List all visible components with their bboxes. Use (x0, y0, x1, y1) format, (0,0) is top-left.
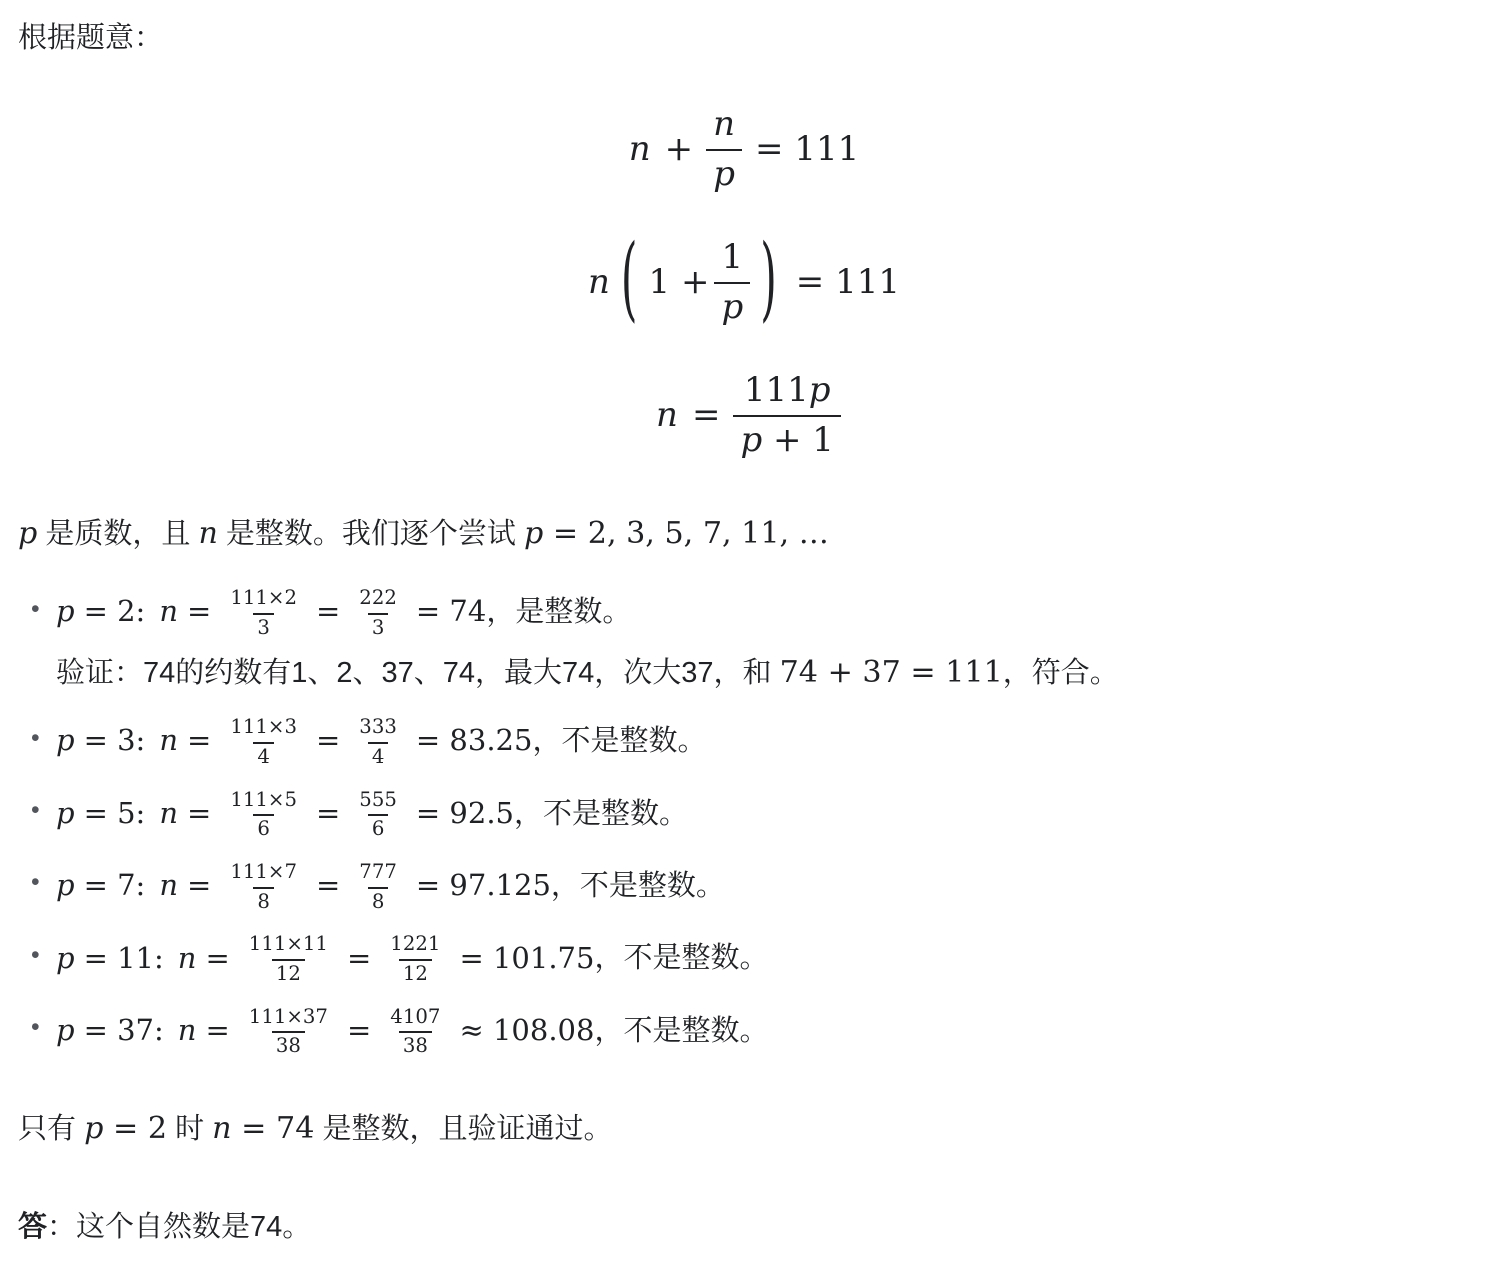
equals-operator: = (692, 396, 721, 435)
equals-operator: = (347, 1013, 371, 1047)
math-var-p: p (740, 420, 762, 460)
fraction-denominator: p + 1 (733, 415, 841, 460)
fraction-denominator: 4 (368, 742, 389, 769)
case-math-line: p= 11:n=111×1112=122112= 101.75 (56, 941, 594, 975)
equals-operator: = (187, 796, 211, 830)
math-n-equals-74: n = 74 (212, 1111, 314, 1146)
fraction: 111×3738 (245, 1006, 332, 1058)
case-comment: ，不是整数。 (532, 725, 706, 757)
math-var-n: n (629, 130, 651, 169)
case-math-line: p= 7:n=111×78=7778= 97.125 (56, 868, 551, 902)
case-list: p= 2:n=111×23=2223= 74，是整数。 验证：74的约数有1、2… (18, 587, 1478, 1058)
fraction: 111×78 (226, 861, 301, 913)
fraction-numerator: 555 (355, 789, 401, 815)
fraction-denominator: 8 (368, 887, 389, 914)
text-segment: 是整数。我们逐个尝试 (218, 518, 524, 550)
math-var-p: p (56, 796, 75, 830)
equals-111: = 111 (755, 130, 859, 169)
math-var-n: n (159, 723, 178, 757)
fraction: 111×56 (226, 789, 301, 841)
equation-n-plus-n-over-p: n + n p = 111 (18, 105, 1478, 194)
fraction-n-over-p: n p (706, 105, 742, 194)
fraction: 7778 (355, 861, 401, 913)
case-math-line: p= 5:n=111×56=5556= 92.5 (56, 796, 514, 830)
fraction-numerator: 777 (355, 861, 401, 887)
case-p-5: p= 5:n=111×56=5556= 92.5，不是整数。 (18, 789, 1478, 841)
plus-1: + 1 (762, 420, 834, 460)
math-var-n: n (198, 516, 217, 551)
fraction-numerator: 1 (715, 238, 751, 282)
case-comment: ，不是整数。 (514, 798, 688, 830)
equals-operator: = (316, 796, 340, 830)
case-result: = 74 (416, 594, 486, 628)
case-result: = 92.5 (416, 796, 514, 830)
fraction-denominator: 3 (368, 613, 389, 640)
equals-operator: = (316, 594, 340, 628)
value: = 2 (103, 1111, 167, 1146)
case-p-37: p= 37:n=111×3738=410738≈ 108.08，不是整数。 (18, 1006, 1478, 1058)
math-var-p: p (56, 723, 75, 757)
case-comment: ，不是整数。 (594, 1015, 768, 1047)
math-var-p: p (56, 941, 75, 975)
fraction-numerator: 111×7 (226, 861, 301, 887)
math-var-n: n (159, 796, 178, 830)
verify-text: 验证：74的约数有1、2、37、74，最大74，次大37，和 (56, 657, 780, 689)
case-condition: = 5: (84, 796, 146, 830)
math-var-p: p (56, 1013, 75, 1047)
math-var-p: p (524, 516, 543, 551)
text-segment: 是质数，且 (37, 518, 198, 550)
fraction-numerator: 333 (355, 716, 401, 742)
case-p-3: p= 3:n=111×34=3334= 83.25，不是整数。 (18, 716, 1478, 768)
case-condition: = 37: (84, 1013, 164, 1047)
verify-math: 74 + 37 = 111 (780, 655, 1003, 690)
answer-body: ：这个自然数是74。 (47, 1211, 311, 1243)
fraction-numerator: 111p (737, 371, 838, 415)
fraction-1-over-p: 1 p (714, 238, 750, 327)
intro-text: 根据题意： (18, 16, 1478, 61)
case-comment: ，不是整数。 (551, 870, 725, 902)
fraction: 122112 (386, 933, 444, 985)
math-var-n: n (159, 868, 178, 902)
text-segment: 时 (167, 1113, 212, 1145)
fraction-denominator: 6 (253, 814, 274, 841)
math-var-p: p (56, 594, 75, 628)
case-comment: ，是整数。 (486, 596, 631, 628)
plus-operator: + (665, 130, 694, 169)
left-paren: ( (621, 237, 638, 328)
fraction-numerator: 111×3 (226, 716, 301, 742)
verification-line: 验证：74的约数有1、2、37、74，最大74，次大37，和 74 + 37 =… (56, 650, 1478, 697)
value: = 74 (232, 1111, 315, 1146)
math-var-p: p (809, 370, 831, 410)
fraction-111p-over-p-plus-1: 111p p + 1 (733, 371, 841, 460)
case-math-line: p= 2:n=111×23=2223= 74 (56, 594, 486, 628)
math-var-p: p (56, 868, 75, 902)
conclusion-text: 只有 p = 2 时 n = 74 是整数，且验证通过。 (18, 1106, 1478, 1153)
case-condition: = 2: (84, 594, 146, 628)
case-p-7: p= 7:n=111×78=7778= 97.125，不是整数。 (18, 861, 1478, 913)
case-comment: ，不是整数。 (594, 943, 768, 975)
math-var-n: n (588, 263, 610, 302)
fraction: 5556 (355, 789, 401, 841)
math-p-equals-2: p = 2 (84, 1111, 167, 1146)
fraction-numerator: 111×5 (226, 789, 301, 815)
fraction-denominator: 12 (399, 959, 432, 986)
fraction-denominator: p (706, 149, 742, 194)
one-plus: 1 + (649, 263, 710, 302)
equals-operator: = (187, 594, 211, 628)
case-condition: = 3: (84, 723, 146, 757)
fraction-denominator: 38 (272, 1031, 305, 1058)
equation-factored-form: n ( 1 + 1 p ) = 111 (18, 238, 1478, 327)
text-segment: 只有 (18, 1113, 84, 1145)
fraction-numerator: 4107 (386, 1006, 444, 1032)
fraction-denominator: 3 (253, 613, 274, 640)
fraction: 2223 (355, 587, 401, 639)
math-solution-document: 根据题意： n + n p = 111 n ( 1 + 1 p ) = 111 … (0, 0, 1496, 1280)
case-result: = 97.125 (416, 868, 551, 902)
equals-operator: = (187, 723, 211, 757)
fraction: 3334 (355, 716, 401, 768)
text-segment: 是整数，且验证通过。 (314, 1113, 612, 1145)
answer-text: 答：这个自然数是74。 (18, 1205, 1478, 1250)
case-math-line: p= 3:n=111×34=3334= 83.25 (56, 723, 532, 757)
fraction: 410738 (386, 1006, 444, 1058)
equation-n-solved: n = 111p p + 1 (18, 371, 1478, 460)
num-111: 111 (744, 370, 809, 410)
fraction-denominator: 8 (253, 887, 274, 914)
case-result: = 83.25 (416, 723, 533, 757)
case-condition: = 7: (84, 868, 146, 902)
fraction-denominator: 6 (368, 814, 389, 841)
math-var-n: n (159, 594, 178, 628)
answer-label: 答 (18, 1211, 47, 1243)
case-p-11: p= 11:n=111×1112=122112= 101.75，不是整数。 (18, 933, 1478, 985)
fraction-numerator: 111×11 (245, 933, 332, 959)
case-math-line: p= 37:n=111×3738=410738≈ 108.08 (56, 1013, 594, 1047)
case-result: ≈ 108.08 (459, 1013, 594, 1047)
analysis-text: p 是质数，且 n 是整数。我们逐个尝试 p = 2, 3, 5, 7, 11,… (18, 511, 1478, 558)
math-var-p: p (18, 516, 37, 551)
math-var-n: n (212, 1111, 231, 1146)
sequence-values: = 2, 3, 5, 7, 11, … (543, 516, 829, 551)
right-paren: ) (760, 237, 777, 328)
equals-111: = 111 (796, 263, 900, 302)
math-var-n: n (656, 396, 678, 435)
fraction-numerator: 1221 (386, 933, 444, 959)
fraction: 111×23 (226, 587, 301, 639)
fraction-denominator: p (714, 282, 750, 327)
math-var-p: p (84, 1111, 103, 1146)
fraction: 111×1112 (245, 933, 332, 985)
case-condition: = 11: (84, 941, 164, 975)
equals-operator: = (316, 868, 340, 902)
verify-text: ，符合。 (1003, 657, 1119, 689)
fraction-numerator: n (706, 105, 742, 149)
equals-operator: = (205, 941, 229, 975)
case-result: = 101.75 (459, 941, 594, 975)
math-var-n: n (178, 941, 197, 975)
case-p-2: p= 2:n=111×23=2223= 74，是整数。 验证：74的约数有1、2… (18, 587, 1478, 696)
equals-operator: = (347, 941, 371, 975)
fraction-denominator: 38 (399, 1031, 432, 1058)
fraction-numerator: 111×37 (245, 1006, 332, 1032)
math-sequence: p = 2, 3, 5, 7, 11, … (524, 516, 829, 551)
fraction-denominator: 4 (253, 742, 274, 769)
equals-operator: = (187, 868, 211, 902)
equals-operator: = (205, 1013, 229, 1047)
fraction: 111×34 (226, 716, 301, 768)
fraction-denominator: 12 (272, 959, 305, 986)
fraction-numerator: 222 (355, 587, 401, 613)
math-var-n: n (178, 1013, 197, 1047)
equals-operator: = (316, 723, 340, 757)
fraction-numerator: 111×2 (226, 587, 301, 613)
